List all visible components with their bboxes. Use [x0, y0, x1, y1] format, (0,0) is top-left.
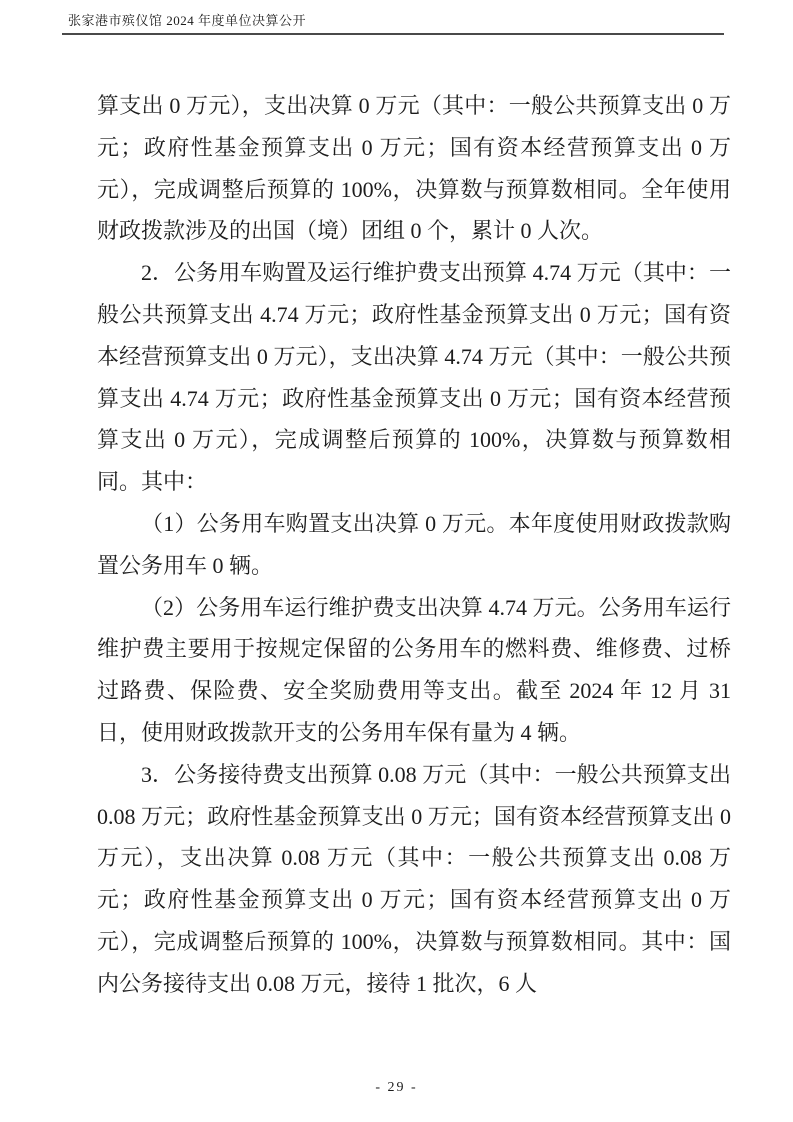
page-header: 张家港市殡仪馆 2024 年度单位决算公开 — [62, 12, 724, 35]
page-number: - 29 - — [375, 1080, 417, 1095]
paragraph: （1）公务用车购置支出决算 0 万元。本年度使用财政拨款购置公务用车 0 辆。 — [97, 503, 731, 587]
document-body: 算支出 0 万元），支出决算 0 万元（其中：一般公共预算支出 0 万元；政府性… — [97, 85, 731, 1005]
paragraph: 2．公务用车购置及运行维护费支出预算 4.74 万元（其中：一般公共预算支出 4… — [97, 252, 731, 503]
page-footer: - 29 - — [0, 1078, 793, 1096]
paragraph: 算支出 0 万元），支出决算 0 万元（其中：一般公共预算支出 0 万元；政府性… — [97, 85, 731, 252]
document-page: 张家港市殡仪馆 2024 年度单位决算公开 算支出 0 万元），支出决算 0 万… — [0, 0, 793, 1122]
paragraph: （2）公务用车运行维护费支出决算 4.74 万元。公务用车运行维护费主要用于按规… — [97, 587, 731, 754]
paragraph: 3．公务接待费支出预算 0.08 万元（其中：一般公共预算支出 0.08 万元；… — [97, 754, 731, 1005]
header-rule — [62, 33, 724, 35]
header-title: 张家港市殡仪馆 2024 年度单位决算公开 — [62, 12, 724, 30]
